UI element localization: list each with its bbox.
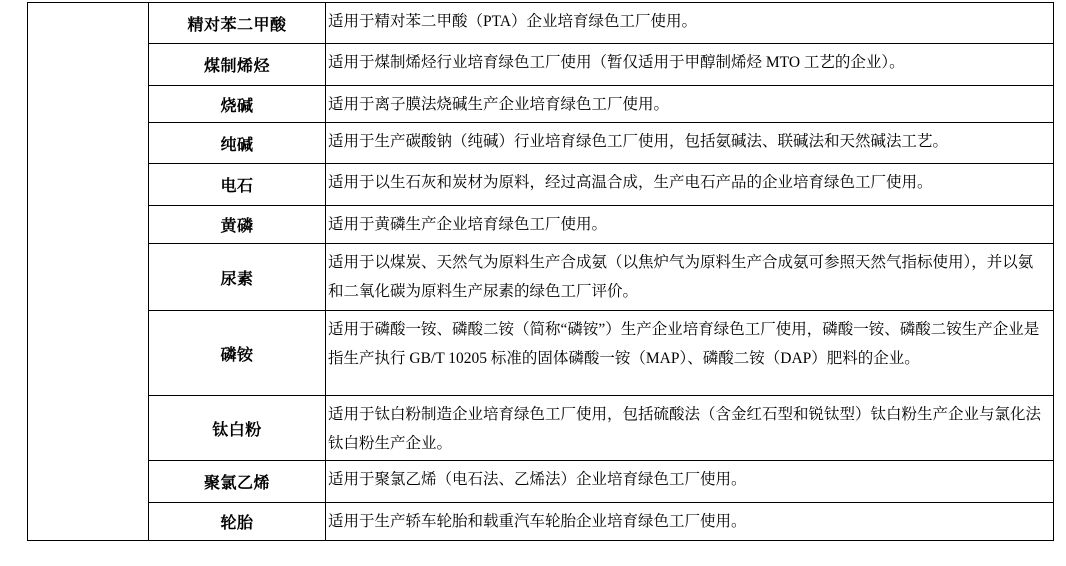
table-row: 聚氯乙烯适用于聚氯乙烯（电石法、乙烯法）企业培育绿色工厂使用。 — [28, 461, 1054, 503]
category-cell: 黄磷 — [149, 206, 326, 244]
description-cell: 适用于生产轿车轮胎和载重汽车轮胎企业培育绿色工厂使用。 — [326, 503, 1054, 541]
table-body: 精对苯二甲酸适用于精对苯二甲酸（PTA）企业培育绿色工厂使用。煤制烯烃适用于煤制… — [28, 3, 1054, 541]
category-cell: 尿素 — [149, 244, 326, 311]
category-cell: 煤制烯烃 — [149, 44, 326, 86]
description-cell: 适用于生产碳酸钠（纯碱）行业培育绿色工厂使用，包括氨碱法、联碱法和天然碱法工艺。 — [326, 123, 1054, 164]
category-cell: 磷铵 — [149, 311, 326, 396]
category-cell: 聚氯乙烯 — [149, 461, 326, 503]
description-cell: 适用于精对苯二甲酸（PTA）企业培育绿色工厂使用。 — [326, 3, 1054, 44]
table-row: 尿素适用于以煤炭、天然气为原料生产合成氨（以焦炉气为原料生产合成氨可参照天然气指… — [28, 244, 1054, 311]
category-cell: 烧碱 — [149, 86, 326, 123]
table-row: 磷铵适用于磷酸一铵、磷酸二铵（简称“磷铵”）生产企业培育绿色工厂使用，磷酸一铵、… — [28, 311, 1054, 396]
description-cell: 适用于以生石灰和炭材为原料，经过高温合成，生产电石产品的企业培育绿色工厂使用。 — [326, 164, 1054, 206]
table-row: 轮胎适用于生产轿车轮胎和载重汽车轮胎企业培育绿色工厂使用。 — [28, 503, 1054, 541]
table-row: 纯碱适用于生产碳酸钠（纯碱）行业培育绿色工厂使用，包括氨碱法、联碱法和天然碱法工… — [28, 123, 1054, 164]
table-row: 钛白粉适用于钛白粉制造企业培育绿色工厂使用，包括硫酸法（含金红石型和锐钛型）钛白… — [28, 396, 1054, 461]
category-cell: 钛白粉 — [149, 396, 326, 461]
industry-applicability-table: 精对苯二甲酸适用于精对苯二甲酸（PTA）企业培育绿色工厂使用。煤制烯烃适用于煤制… — [27, 2, 1054, 541]
table-row: 精对苯二甲酸适用于精对苯二甲酸（PTA）企业培育绿色工厂使用。 — [28, 3, 1054, 44]
table-row: 煤制烯烃适用于煤制烯烃行业培育绿色工厂使用（暂仅适用于甲醇制烯烃 MTO 工艺的… — [28, 44, 1054, 86]
side-empty-cell — [28, 3, 149, 541]
description-cell: 适用于钛白粉制造企业培育绿色工厂使用，包括硫酸法（含金红石型和锐钛型）钛白粉生产… — [326, 396, 1054, 461]
description-cell: 适用于以煤炭、天然气为原料生产合成氨（以焦炉气为原料生产合成氨可参照天然气指标使… — [326, 244, 1054, 311]
table-row: 黄磷适用于黄磷生产企业培育绿色工厂使用。 — [28, 206, 1054, 244]
description-cell: 适用于磷酸一铵、磷酸二铵（简称“磷铵”）生产企业培育绿色工厂使用，磷酸一铵、磷酸… — [326, 311, 1054, 396]
description-cell: 适用于聚氯乙烯（电石法、乙烯法）企业培育绿色工厂使用。 — [326, 461, 1054, 503]
table-row: 电石适用于以生石灰和炭材为原料，经过高温合成，生产电石产品的企业培育绿色工厂使用… — [28, 164, 1054, 206]
description-cell: 适用于黄磷生产企业培育绿色工厂使用。 — [326, 206, 1054, 244]
category-cell: 轮胎 — [149, 503, 326, 541]
description-cell: 适用于离子膜法烧碱生产企业培育绿色工厂使用。 — [326, 86, 1054, 123]
category-cell: 电石 — [149, 164, 326, 206]
category-cell: 精对苯二甲酸 — [149, 3, 326, 44]
category-cell: 纯碱 — [149, 123, 326, 164]
table-row: 烧碱适用于离子膜法烧碱生产企业培育绿色工厂使用。 — [28, 86, 1054, 123]
description-cell: 适用于煤制烯烃行业培育绿色工厂使用（暂仅适用于甲醇制烯烃 MTO 工艺的企业）。 — [326, 44, 1054, 86]
